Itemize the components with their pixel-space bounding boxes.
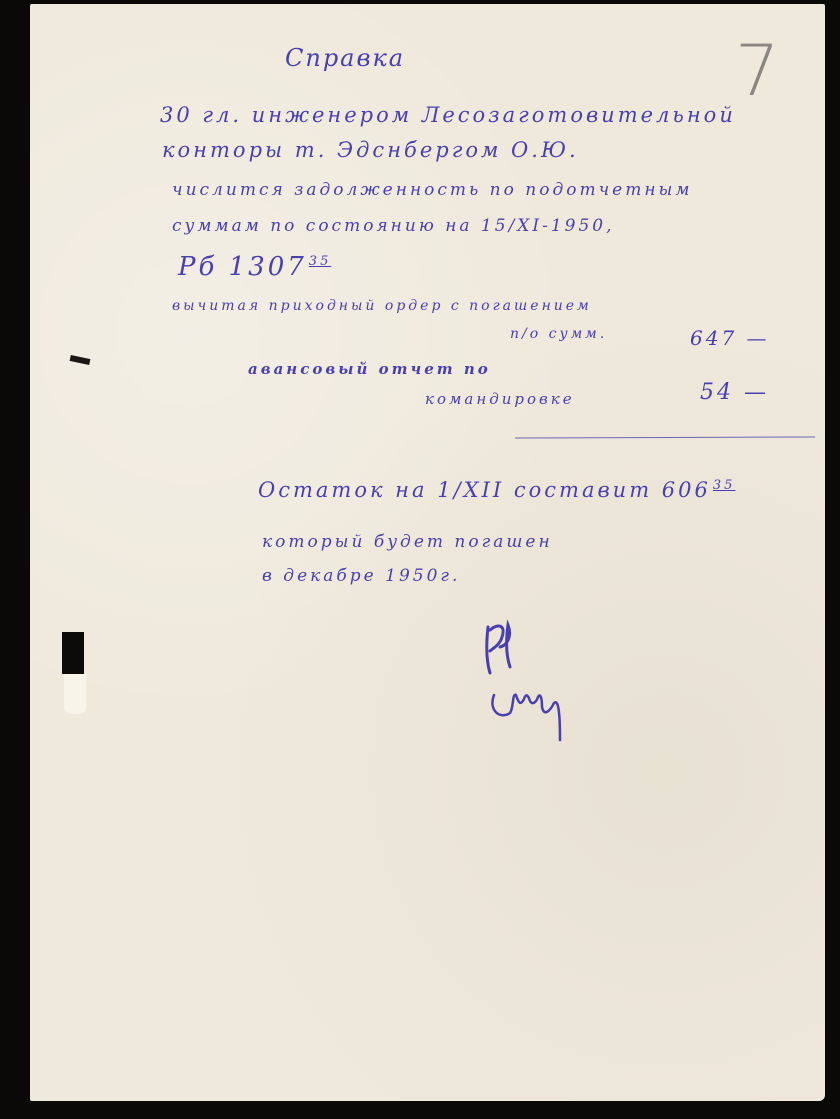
- document-title: Справка: [285, 44, 405, 72]
- initial-amount-kopecks: 35: [309, 254, 332, 269]
- tape-fragment: [62, 632, 86, 714]
- text-line-1: 30 гл. инженером Лесозаготовительной: [160, 103, 736, 127]
- text-line-3: числится задолженность по подотчетным: [172, 180, 692, 200]
- closing-line-2: в декабре 1950г.: [262, 566, 460, 586]
- text-line-2: конторы т. Эдснбергом О.Ю.: [162, 138, 579, 162]
- deduction-1-label: п/о сумм.: [510, 326, 607, 342]
- initial-amount-rubles: Рб 1307: [178, 252, 307, 282]
- text-line-4: суммам по состоянию на 15/XI-1950,: [172, 216, 615, 236]
- closing-line-1: который будет погашен: [262, 532, 553, 552]
- balance-text: Остаток на 1/XII составит 606: [258, 478, 711, 502]
- deductions-intro: вычитая приходный ордер с погашением: [172, 298, 592, 314]
- signature-icon: [480, 615, 600, 745]
- archive-folio-number: 7: [735, 30, 780, 112]
- initial-amount: Рб 130735: [178, 252, 331, 282]
- document-page: [30, 4, 825, 1101]
- deduction-2-amount: 54 —: [700, 380, 769, 405]
- balance: Остаток на 1/XII составит 60635: [258, 478, 735, 502]
- signature: [480, 615, 600, 750]
- deduction-2-label-line1: авансовый отчет по: [248, 360, 491, 378]
- deduction-2-label-line2: командировке: [425, 390, 575, 408]
- balance-kopecks: 35: [713, 478, 736, 493]
- deduction-1-amount: 647 —: [690, 326, 770, 350]
